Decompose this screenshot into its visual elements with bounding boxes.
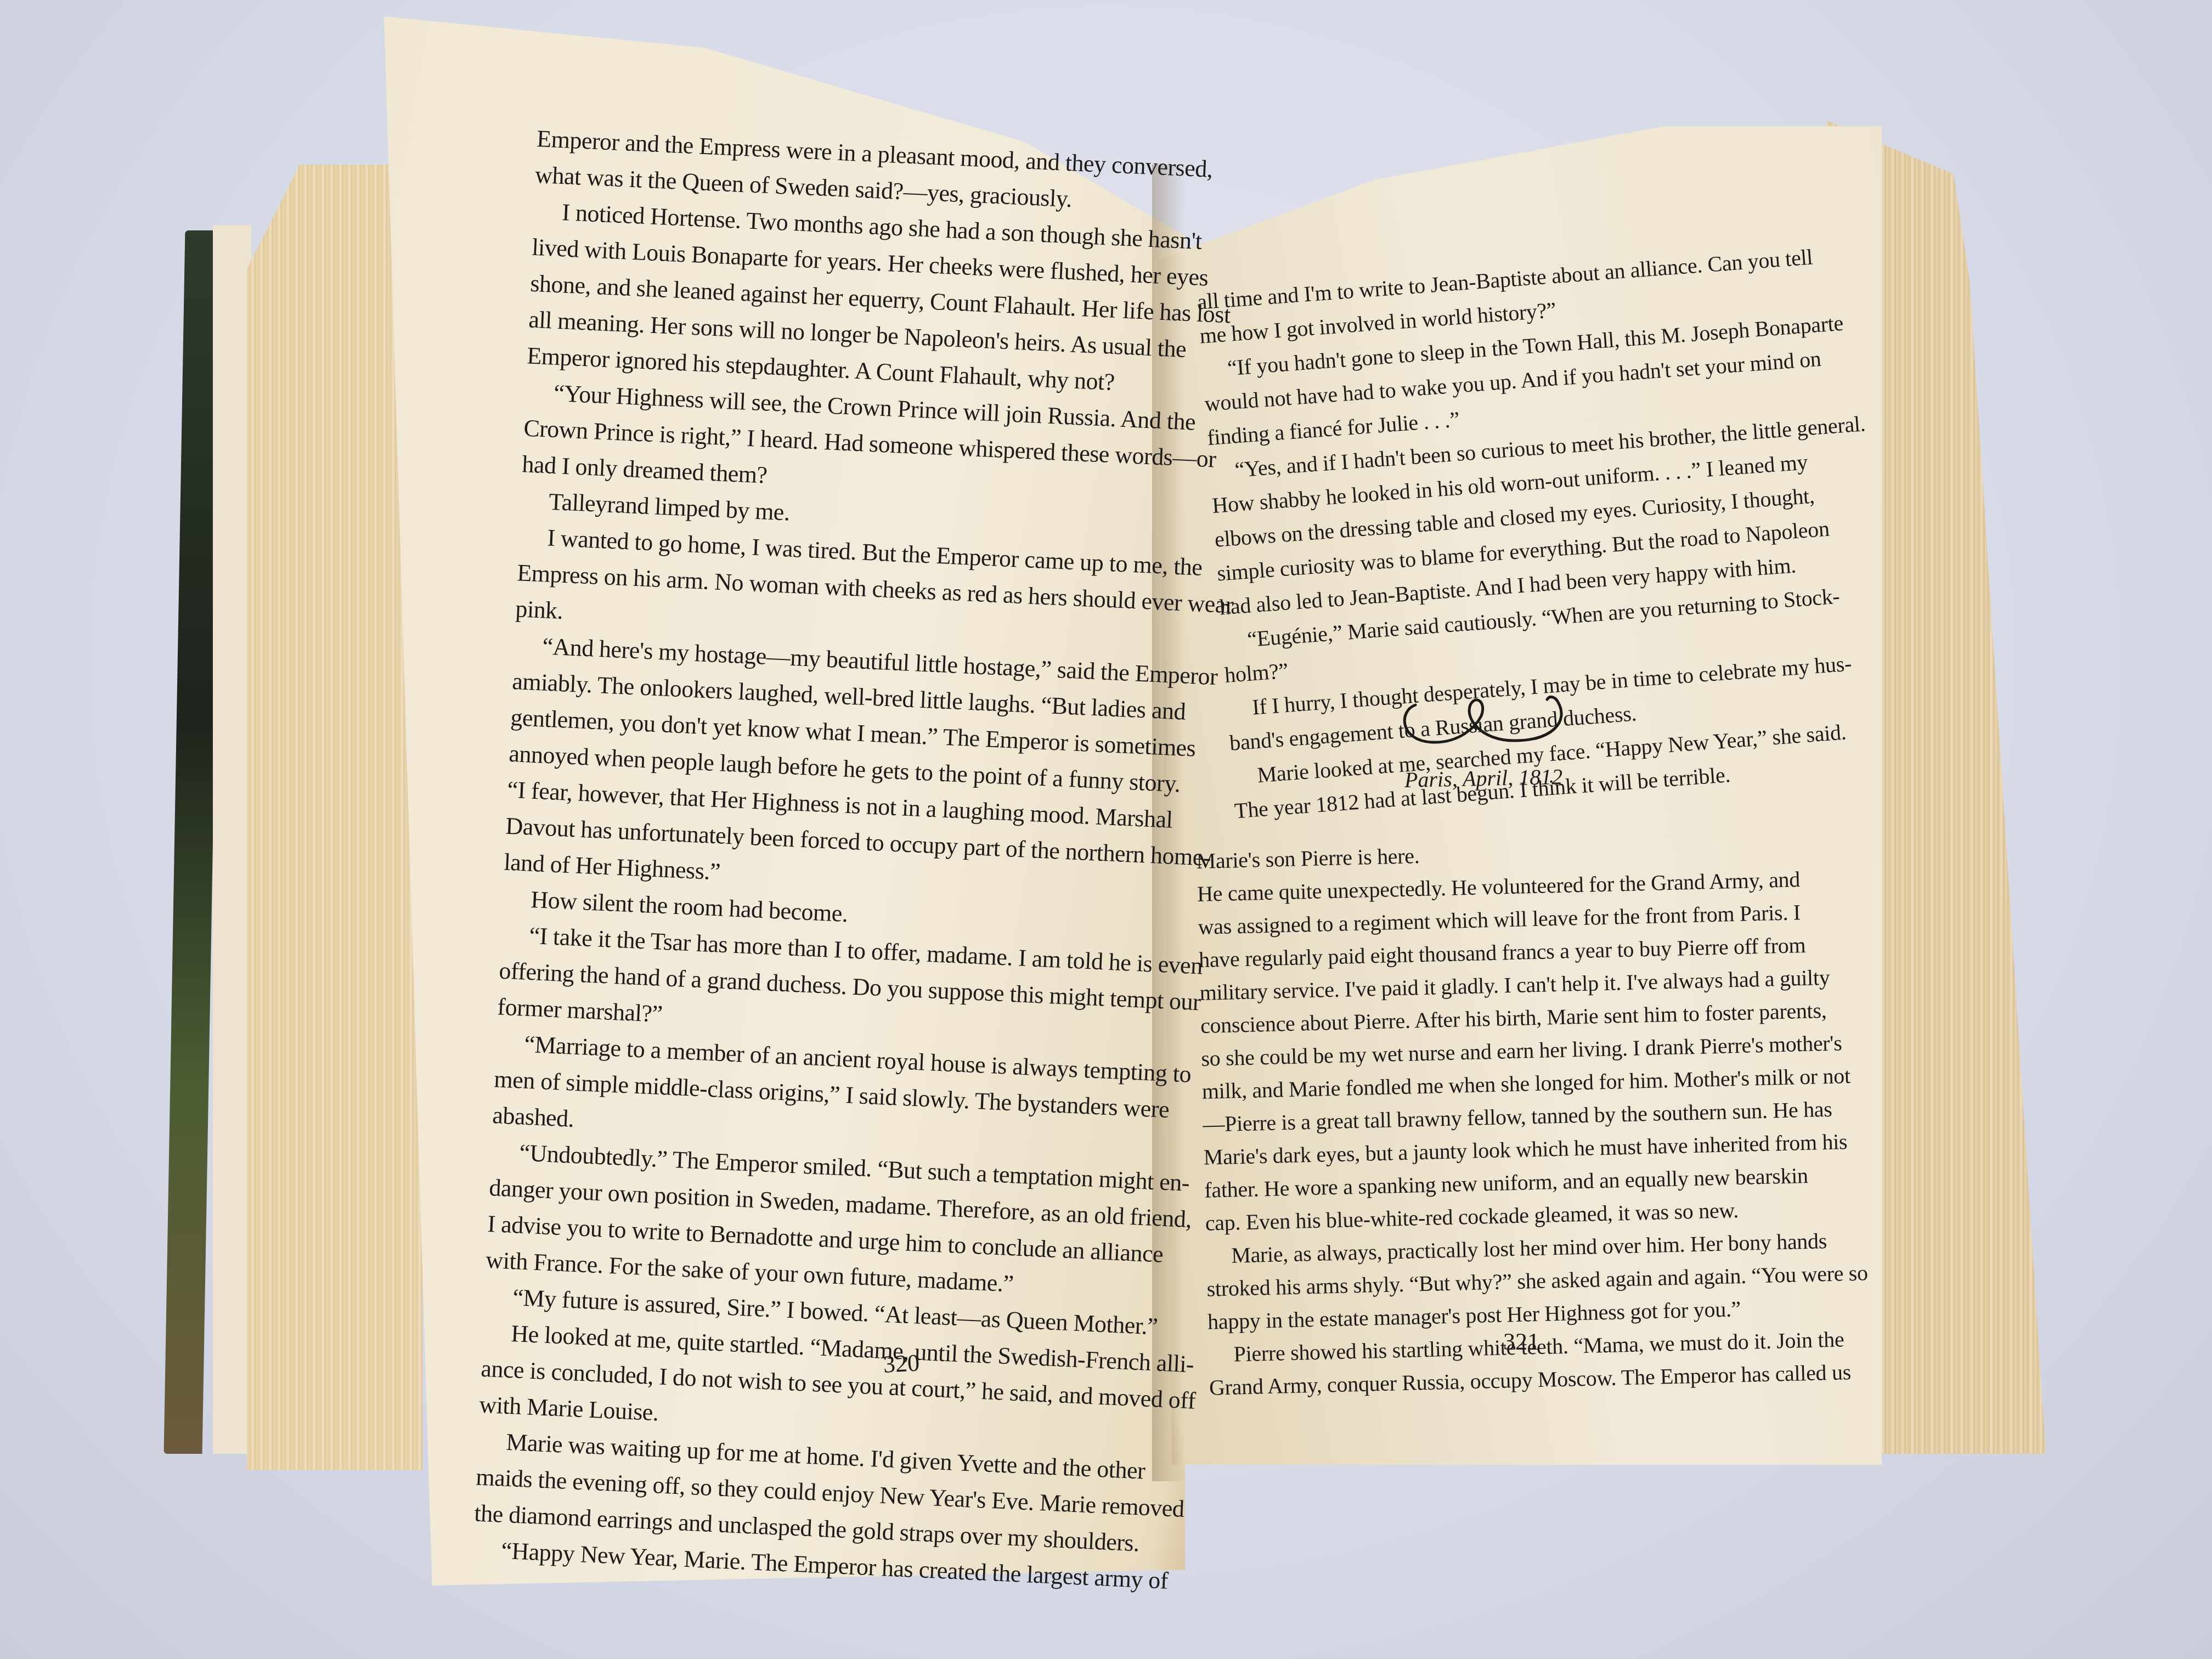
left-page-text: Emperor and the Empress were in a pleasa… (472, 121, 1254, 1600)
book-photo-scene: Emperor and the Empress were in a pleasa… (0, 0, 2212, 1659)
left-page-number: 320 (883, 1348, 921, 1378)
book-cover-inner-lining (213, 225, 251, 1454)
section-heading: Paris, April, 1812 (1404, 764, 1563, 793)
flourish-ornament-icon (1393, 689, 1575, 749)
right-page-number: 321 (1503, 1328, 1539, 1356)
right-page-text-bottom: Marie's son Pierre is here.He came quite… (1196, 829, 1871, 1404)
